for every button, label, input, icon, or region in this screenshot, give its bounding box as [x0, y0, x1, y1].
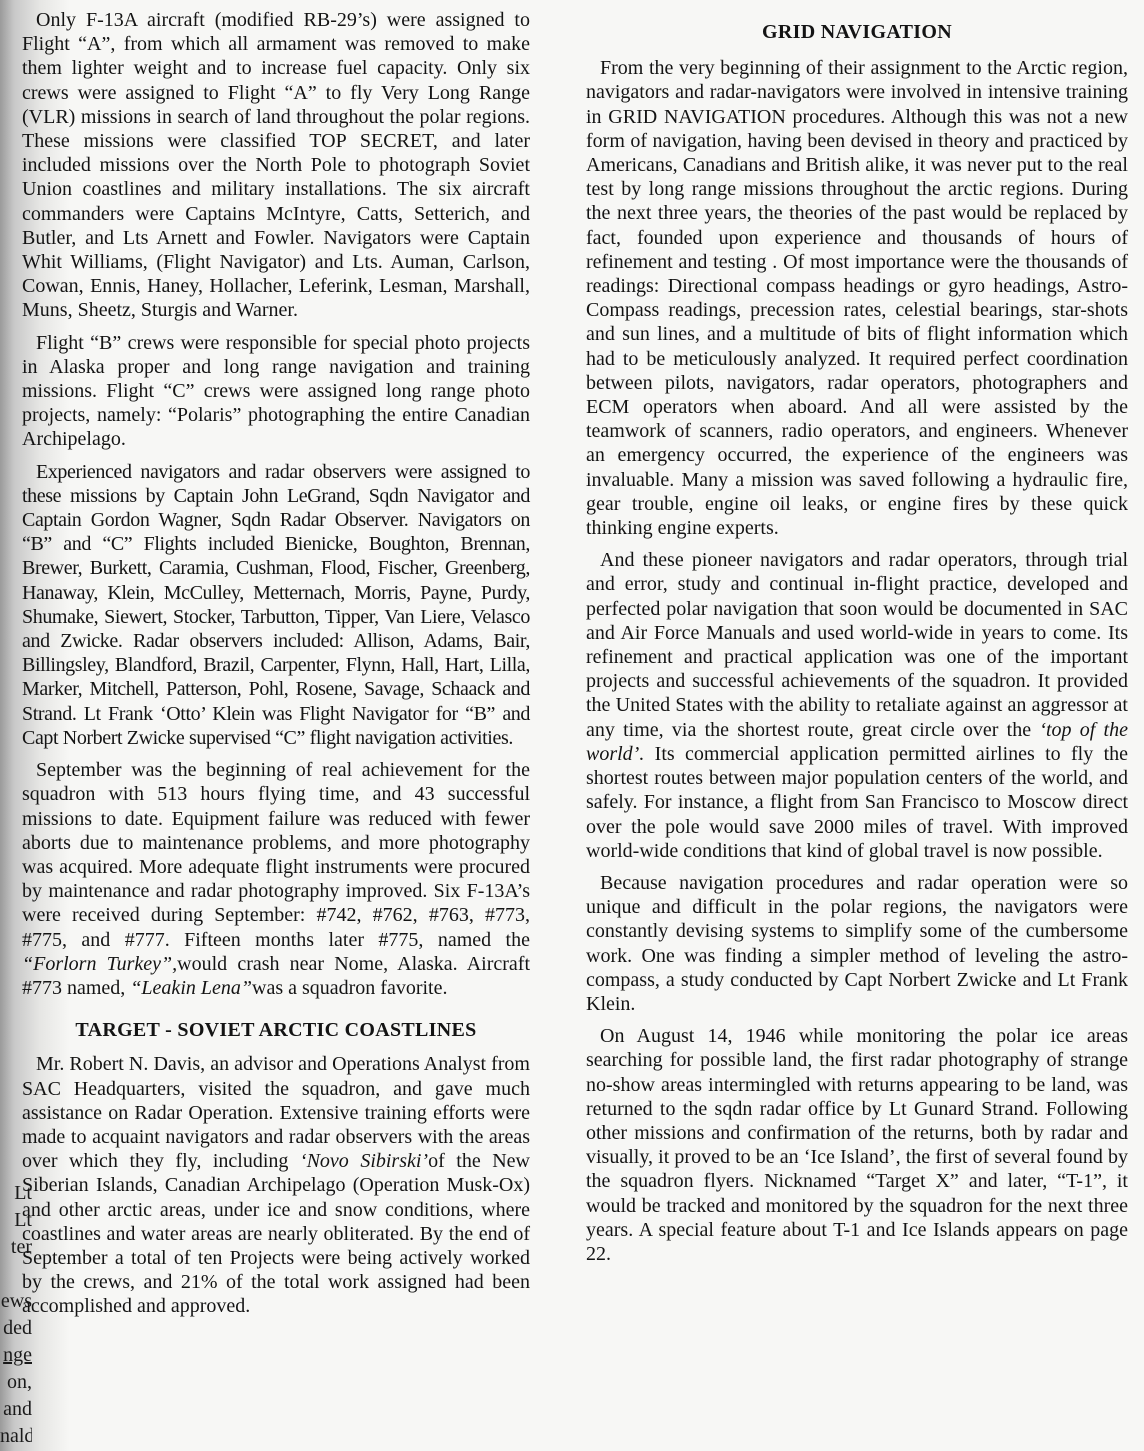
section-heading-target: TARGET - SOVIET ARCTIC COASTLINES [22, 1018, 530, 1042]
fragment: and [0, 1396, 32, 1423]
section-heading-grid-navigation: GRID NAVIGATION [586, 20, 1128, 44]
text-run: of the New Siberian Islands, Canadian Ar… [22, 1150, 530, 1317]
paragraph-september: September was the beginning of real achi… [22, 758, 530, 1000]
text-run: And these pioneer navigators and radar o… [586, 549, 1128, 740]
italic-aircraft-name: “Leakin Lena” [130, 977, 252, 999]
italic-place-name: ‘Novo Sibirski’ [300, 1150, 428, 1172]
text-run: was a squadron favorite. [252, 977, 448, 999]
fragment: nald [0, 1423, 32, 1450]
paragraph-grid-intro: From the very beginning of their assignm… [586, 56, 1128, 540]
italic-aircraft-name: “Forlorn Turkey”, [22, 953, 177, 975]
paragraph-flight-b-c: Flight “B” crews were responsible for sp… [22, 331, 530, 452]
text-run: Its commercial application permitted air… [586, 743, 1128, 862]
left-column: Only F-13A aircraft (modified RB-29’s) w… [22, 8, 530, 1327]
paragraph-navigators: Experienced navigators and radar observe… [22, 460, 530, 750]
paragraph-astro-compass: Because navigation procedures and radar … [586, 871, 1128, 1016]
right-column: GRID NAVIGATION From the very beginning … [586, 20, 1128, 1274]
paragraph-flight-a: Only F-13A aircraft (modified RB-29’s) w… [22, 8, 530, 323]
fragment: nge [0, 1342, 32, 1369]
fragment: on, [0, 1369, 32, 1396]
paragraph-davis: Mr. Robert N. Davis, an advisor and Oper… [22, 1052, 530, 1318]
text-run: September was the beginning of real achi… [22, 759, 530, 950]
paragraph-ice-island: On August 14, 1946 while monitoring the … [586, 1024, 1128, 1266]
paragraph-pioneer: And these pioneer navigators and radar o… [586, 548, 1128, 863]
